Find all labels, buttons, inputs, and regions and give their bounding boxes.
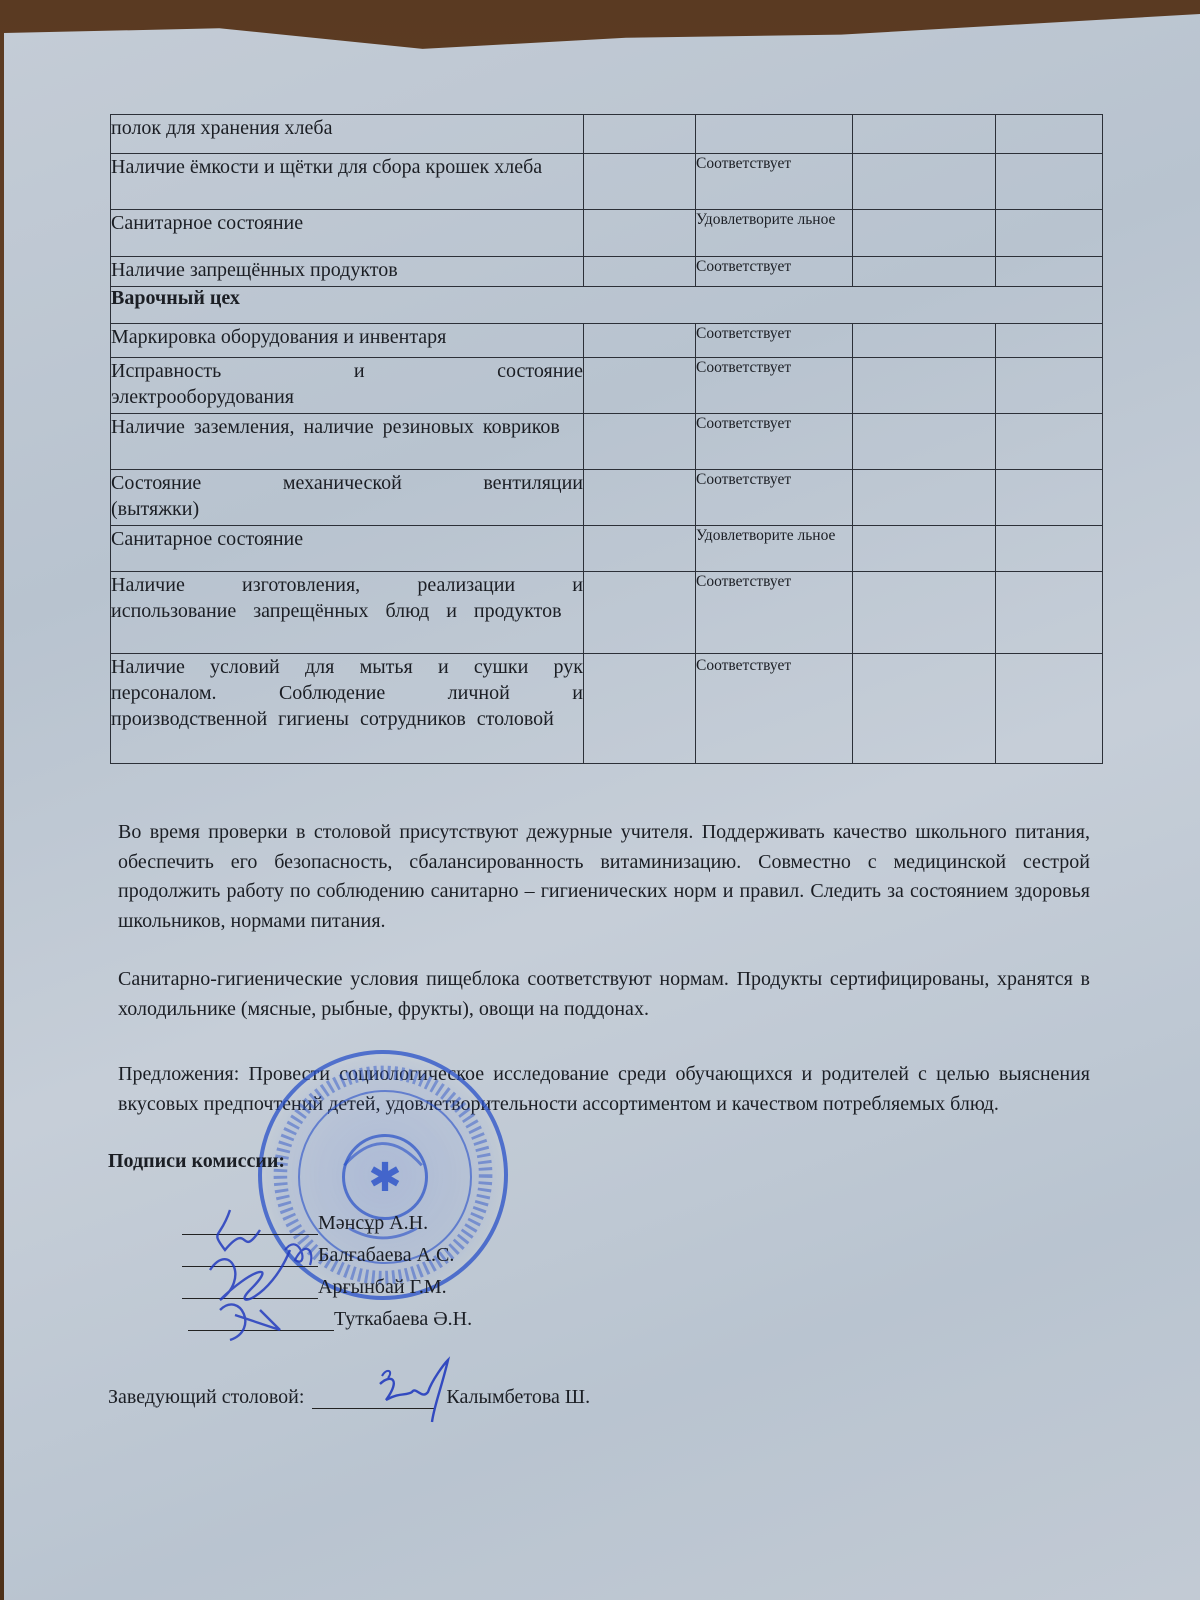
criterion-cell: Санитарное состояние: [111, 210, 584, 257]
inspection-table: полок для хранения хлеба Наличие ёмкости…: [110, 114, 1103, 764]
sanitary-paragraph: Санитарно-гигиенические условия пищеблок…: [118, 965, 1090, 1024]
member-name: Мәнсұр А.Н.: [318, 1212, 428, 1235]
result-cell: Соответствует: [696, 654, 853, 764]
empty-cell: [853, 115, 996, 154]
empty-cell: [853, 358, 996, 414]
empty-cell: [996, 257, 1103, 287]
conclusion-paragraph: Во время проверки в столовой присутствую…: [118, 818, 1090, 936]
empty-cell: [853, 324, 996, 358]
head-name: Калымбетова Ш.: [446, 1386, 590, 1409]
signature-line: [182, 1214, 318, 1235]
empty-cell: [584, 470, 696, 526]
result-cell: Соответствует: [696, 324, 853, 358]
empty-cell: [996, 470, 1103, 526]
section-heading: Варочный цех: [111, 287, 1103, 324]
table-row: полок для хранения хлеба: [111, 115, 1103, 154]
table-row: Наличие ёмкости и щётки для сбора крошек…: [111, 154, 1103, 210]
result-cell: Соответствует: [696, 572, 853, 654]
criterion-cell: Наличие условий для мытья и сушки рук пе…: [111, 654, 584, 764]
table-row: Санитарное состояние Удовлетворите льное: [111, 210, 1103, 257]
empty-cell: [584, 324, 696, 358]
signatures-title: Подписи комиссии:: [108, 1150, 285, 1173]
table-row: Состояние механической вентиляции (вытяж…: [111, 470, 1103, 526]
empty-cell: [853, 210, 996, 257]
criterion-cell: Состояние механической вентиляции (вытяж…: [111, 470, 584, 526]
empty-cell: [996, 414, 1103, 470]
signature-row: Арғынбай Г.М.: [182, 1276, 447, 1299]
table-row: Наличие заземления, наличие резиновых ко…: [111, 414, 1103, 470]
empty-cell: [853, 414, 996, 470]
result-cell: [696, 115, 853, 154]
criterion-cell: Санитарное состояние: [111, 526, 584, 572]
criterion-cell: Наличие запрещённых продуктов: [111, 257, 584, 287]
empty-cell: [584, 210, 696, 257]
empty-cell: [853, 572, 996, 654]
empty-cell: [853, 154, 996, 210]
criterion-cell: Наличие заземления, наличие резиновых ко…: [111, 414, 584, 470]
criterion-cell: полок для хранения хлеба: [111, 115, 584, 154]
criterion-cell: Исправность и состояние электрооборудова…: [111, 358, 584, 414]
member-name: Балғабаева А.С.: [318, 1244, 454, 1267]
criterion-cell: Наличие изготовления, реализации и испол…: [111, 572, 584, 654]
table-row: Наличие условий для мытья и сушки рук пе…: [111, 654, 1103, 764]
signature-line: [182, 1278, 318, 1299]
empty-cell: [853, 257, 996, 287]
table-row: Наличие изготовления, реализации и испол…: [111, 572, 1103, 654]
empty-cell: [584, 414, 696, 470]
empty-cell: [584, 572, 696, 654]
empty-cell: [996, 115, 1103, 154]
empty-cell: [584, 358, 696, 414]
empty-cell: [996, 358, 1103, 414]
empty-cell: [584, 115, 696, 154]
result-cell: Удовлетворите льное: [696, 526, 853, 572]
criterion-cell: Маркировка оборудования и инвентаря: [111, 324, 584, 358]
head-signature-row: Заведующий столовой: Калымбетова Ш.: [108, 1386, 590, 1409]
signature-line: [312, 1388, 434, 1409]
table-row: Наличие запрещённых продуктов Соответств…: [111, 257, 1103, 287]
empty-cell: [584, 154, 696, 210]
table-row: Маркировка оборудования и инвентаря Соот…: [111, 324, 1103, 358]
signature-row: Балғабаева А.С.: [182, 1244, 454, 1267]
empty-cell: [584, 526, 696, 572]
table-row: Санитарное состояние Удовлетворите льное: [111, 526, 1103, 572]
criterion-cell: Наличие ёмкости и щётки для сбора крошек…: [111, 154, 584, 210]
signature-row: Туткабаева Ә.Н.: [188, 1308, 472, 1331]
empty-cell: [853, 526, 996, 572]
empty-cell: [996, 654, 1103, 764]
member-name: Арғынбай Г.М.: [318, 1276, 447, 1299]
result-cell: Соответствует: [696, 257, 853, 287]
signature-line: [188, 1310, 334, 1331]
result-cell: Соответствует: [696, 358, 853, 414]
empty-cell: [996, 210, 1103, 257]
signature-row: Мәнсұр А.Н.: [182, 1212, 428, 1235]
table-row: Исправность и состояние электрооборудова…: [111, 358, 1103, 414]
head-label: Заведующий столовой:: [108, 1386, 304, 1409]
empty-cell: [996, 572, 1103, 654]
empty-cell: [996, 526, 1103, 572]
empty-cell: [996, 154, 1103, 210]
result-cell: Удовлетворите льное: [696, 210, 853, 257]
empty-cell: [996, 324, 1103, 358]
signature-line: [182, 1246, 318, 1267]
empty-cell: [853, 654, 996, 764]
result-cell: Соответствует: [696, 154, 853, 210]
empty-cell: [584, 654, 696, 764]
section-row: Варочный цех: [111, 287, 1103, 324]
empty-cell: [853, 470, 996, 526]
result-cell: Соответствует: [696, 414, 853, 470]
empty-cell: [584, 257, 696, 287]
result-cell: Соответствует: [696, 470, 853, 526]
member-name: Туткабаева Ә.Н.: [334, 1308, 472, 1331]
